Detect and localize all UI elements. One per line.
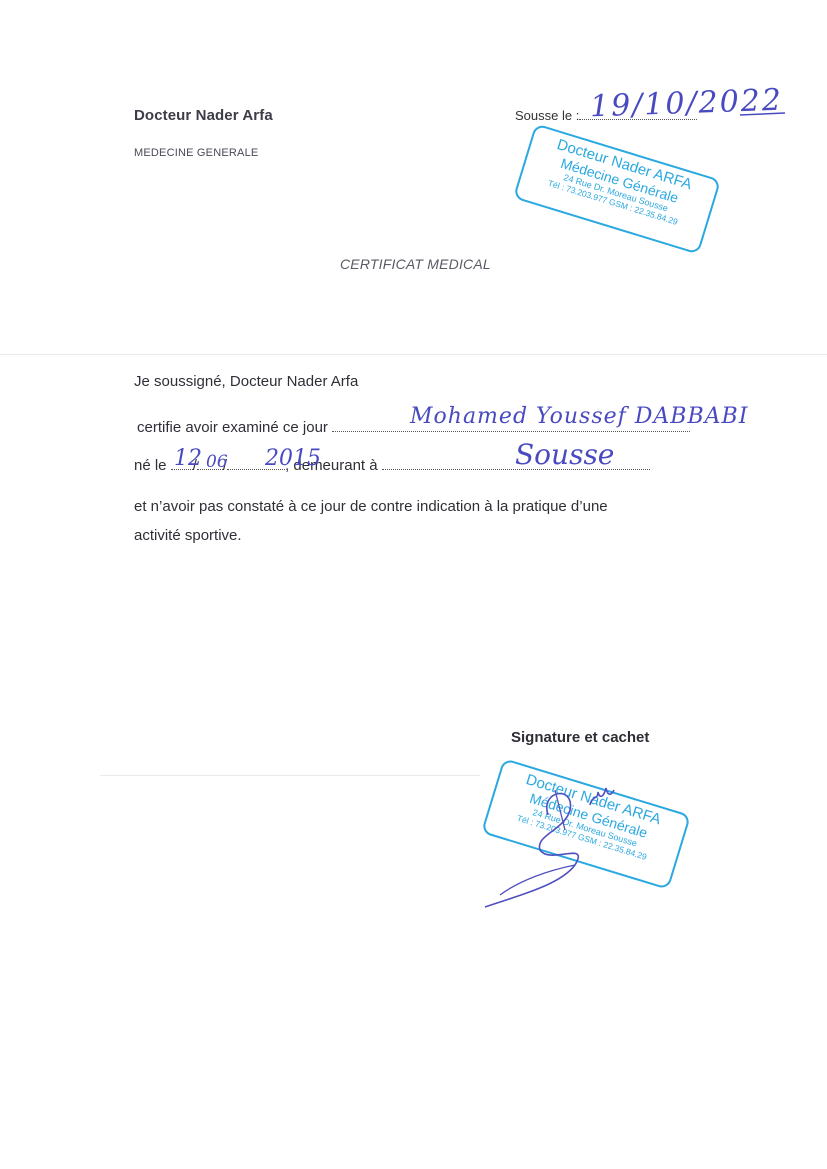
date-underline-stroke xyxy=(740,112,790,118)
handwritten-birth-day: 12 xyxy=(174,446,202,471)
handwritten-signature xyxy=(480,770,640,910)
doctor-stamp-top: Docteur Nader ARFA Médecine Générale 24 … xyxy=(513,123,721,254)
handwritten-patient-name: Mohamed Youssef DABBABI xyxy=(410,404,748,429)
body-line-4: et n’avoir pas constaté à ce jour de con… xyxy=(134,498,608,515)
signature-label: Signature et cachet xyxy=(511,729,649,746)
document-title: CERTIFICAT MEDICAL xyxy=(340,256,491,272)
examined-label: certifie avoir examiné ce jour xyxy=(137,419,328,436)
born-label: né le xyxy=(134,457,167,474)
body-line-5: activité sportive. xyxy=(134,527,242,544)
handwritten-birth-month: 06 xyxy=(206,452,228,472)
handwritten-residence: Sousse xyxy=(515,438,614,471)
handwritten-birth-year: 2015 xyxy=(265,446,321,471)
scan-artifact-line xyxy=(0,354,827,355)
handwritten-date: 19/10/2022 xyxy=(589,83,783,125)
place-date-label: Sousse le : xyxy=(515,108,579,123)
doctor-specialty: MEDECINE GENERALE xyxy=(134,147,258,159)
scan-artifact-line xyxy=(100,775,480,776)
doctor-name: Docteur Nader Arfa xyxy=(134,107,273,124)
body-line-1: Je soussigné, Docteur Nader Arfa xyxy=(134,373,358,390)
